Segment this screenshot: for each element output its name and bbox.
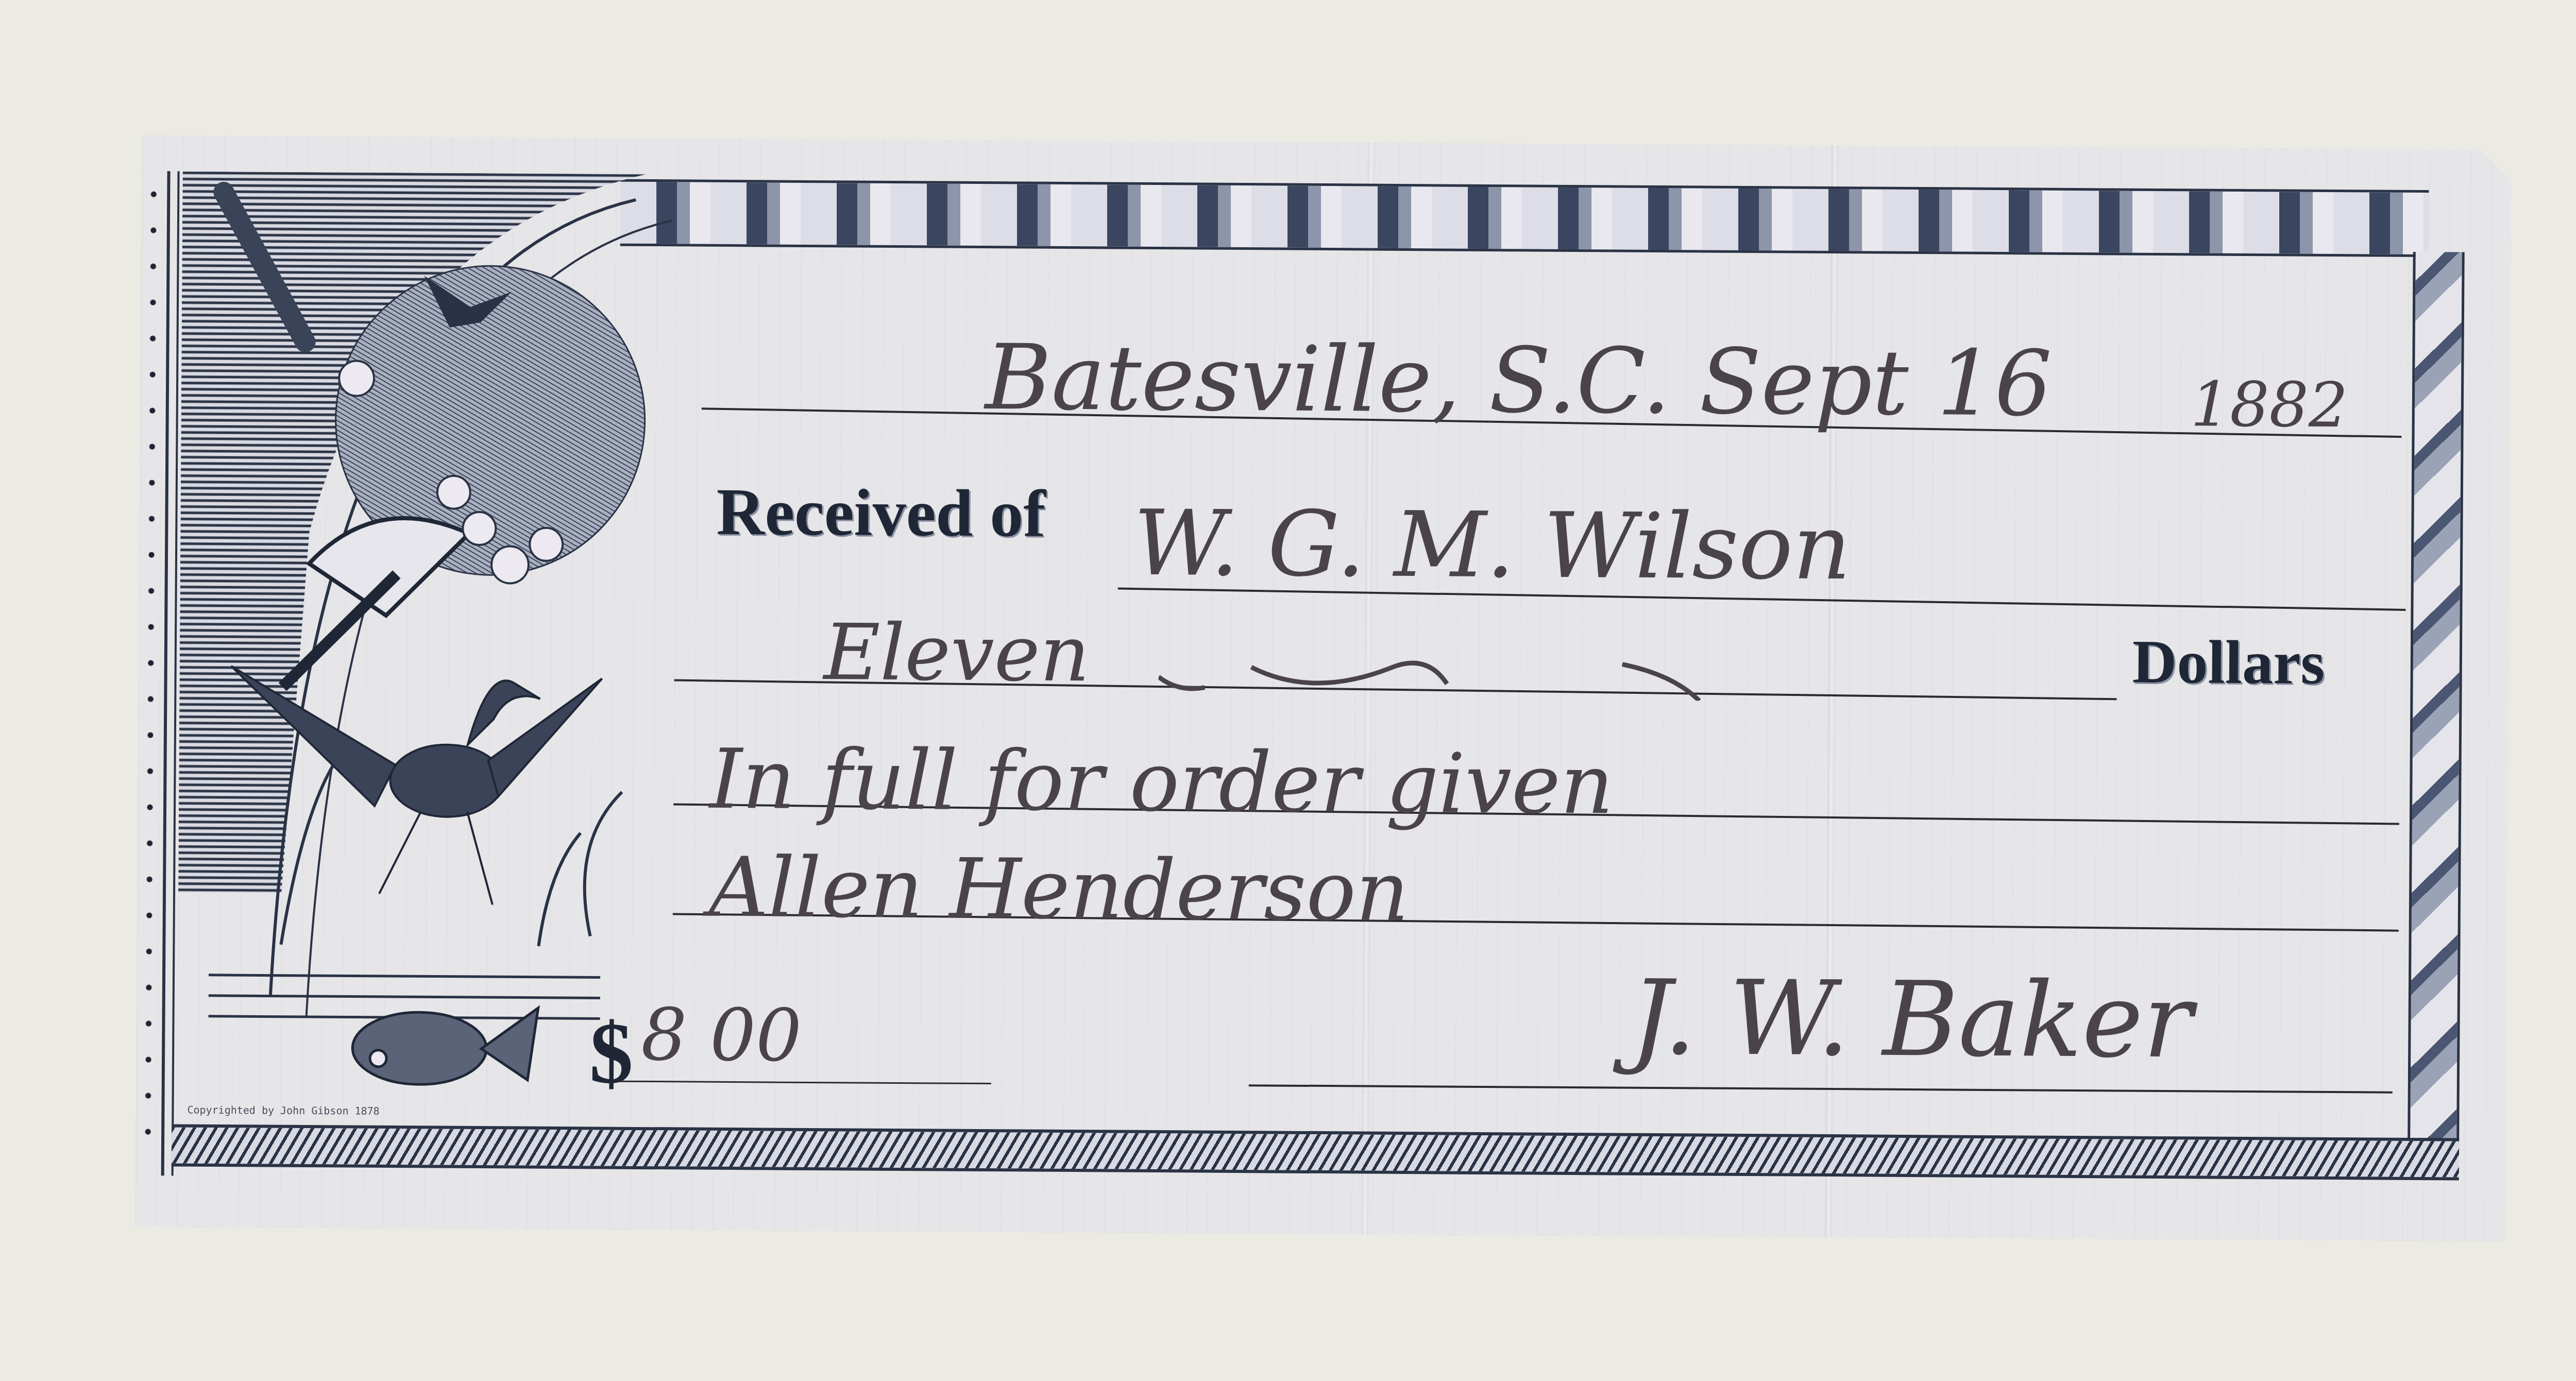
perforation-dots	[145, 176, 157, 1155]
receipt-paper: Batesville, S.C. Sept 16 1882 Received o…	[135, 135, 2512, 1241]
received-from-name: W. G. M. Wilson	[1133, 491, 1852, 601]
amount-words: Eleven	[823, 608, 1090, 699]
signature: J. W. Baker	[1630, 958, 2193, 1082]
top-ornamental-border	[620, 179, 2429, 257]
copyright-notice: Copyrighted by John Gibson 1878	[187, 1104, 379, 1117]
memo-line-2-text: Allen Henderson	[709, 839, 1410, 940]
right-ornamental-border	[2408, 252, 2465, 1149]
place-and-date: Batesville, S.C. Sept 16	[985, 326, 2053, 437]
dollar-sign: $	[589, 1003, 634, 1104]
amount-numeric: 8 00	[641, 993, 802, 1078]
left-frame-border	[161, 171, 180, 1175]
year: 1882	[2190, 369, 2348, 441]
amount-filler-flourish	[1158, 636, 2086, 703]
dollars-label: Dollars	[2132, 626, 2325, 698]
signature-line	[1249, 1084, 2393, 1094]
received-of-label: Received of	[716, 473, 1046, 553]
memo-line-1-text: In full for order given	[709, 731, 1614, 833]
